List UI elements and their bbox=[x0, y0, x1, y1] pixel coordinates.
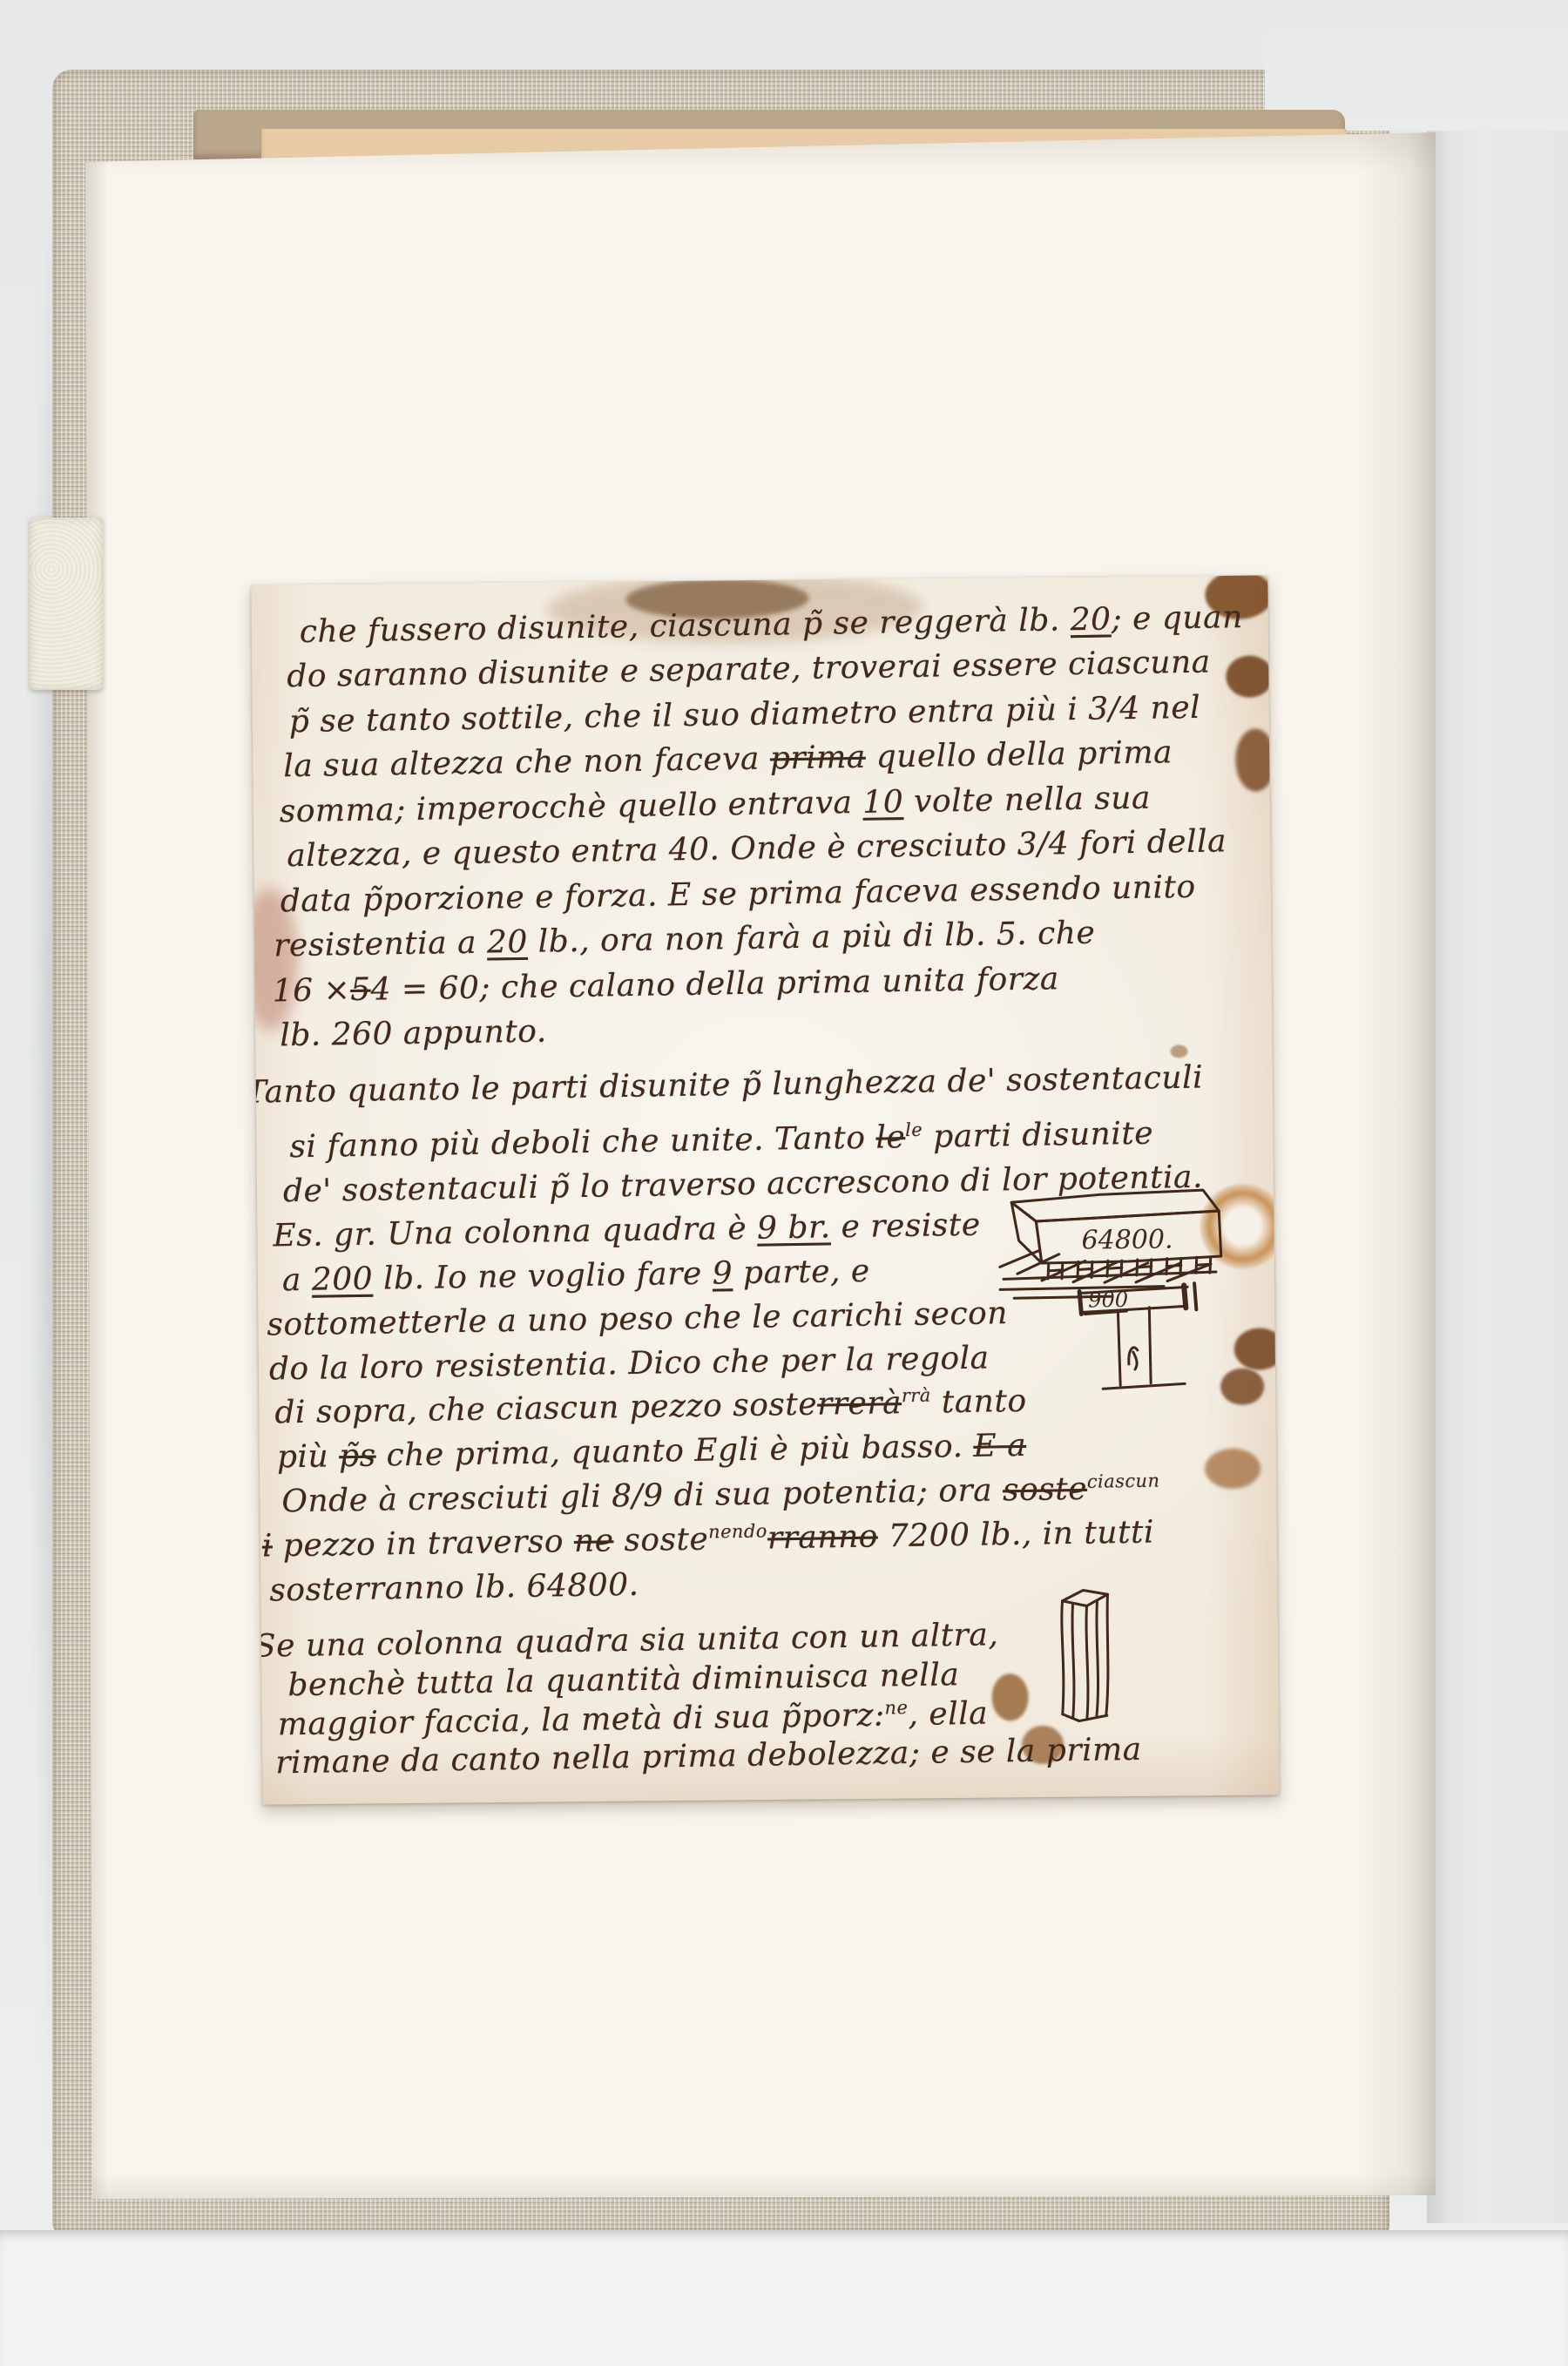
photograph-of-manuscript-book: 64800. 900 bbox=[0, 0, 1568, 2366]
small-fox-spot bbox=[1170, 1044, 1187, 1058]
manuscript-line: p̃ se tanto sottile, che il suo diametro… bbox=[288, 690, 1200, 740]
manuscript-line: somma; imperocchè quello entrava 10 volt… bbox=[279, 781, 1151, 830]
ink-stain bbox=[1226, 655, 1273, 698]
manuscript-line: 16 ×54 = 60; che calano della prima unit… bbox=[272, 961, 1059, 1009]
vellum-spine-tab bbox=[30, 517, 103, 690]
manuscript-line: lb. 260 appunto. bbox=[280, 1014, 547, 1054]
manuscript-line: Onde à cresciuti gli 8/9 di sua potentia… bbox=[281, 1470, 1160, 1520]
manuscript-line: Es. gr. Una colonna quadra è 9 br. e res… bbox=[273, 1207, 981, 1254]
manuscript-line: benchè tutta la quantità diminuisca nell… bbox=[287, 1657, 959, 1703]
table-surface bbox=[0, 2230, 1568, 2366]
manuscript-line: Tanto quanto le parti disunite p̃ lunghe… bbox=[251, 1059, 1203, 1110]
manuscript-line: sosterranno lb. 64800. bbox=[269, 1567, 639, 1609]
manuscript-line: sottometterle a uno peso che le carichi … bbox=[267, 1295, 1008, 1342]
pier-with-slab-sketch: 900 bbox=[1072, 1280, 1204, 1416]
manuscript-line: la sua altezza che non faceva prima quel… bbox=[283, 734, 1173, 784]
manuscript-line: i pezzo in traverso ne sostenendorranno … bbox=[262, 1514, 1155, 1564]
manuscript-line: che fussero disunite, ciascuna p̃ se reg… bbox=[300, 599, 1244, 650]
ink-stain bbox=[1205, 1449, 1260, 1490]
manuscript-line: a 200 lb. Io ne voglio fare 9 parte, e bbox=[282, 1254, 870, 1299]
manuscript-line: si fanno più deboli che unite. Tanto lel… bbox=[289, 1116, 1153, 1166]
joined-columns-sketch bbox=[1051, 1583, 1123, 1732]
manuscript-line: di sopra, che ciascun pezzo sosterreràrr… bbox=[274, 1383, 1027, 1431]
beam-load-label: 64800. bbox=[1081, 1225, 1173, 1256]
ink-stain bbox=[991, 1673, 1029, 1720]
manuscript-line: più p̃s che prima, quanto Egli è più bas… bbox=[277, 1428, 1027, 1476]
manuscript-line: do saranno disunite e separate, troverai… bbox=[287, 645, 1211, 695]
manuscript-line: do la loro resistentia. Dico che per la … bbox=[269, 1340, 990, 1387]
manuscript-line: data p̃porzione e forza. E se prima face… bbox=[280, 869, 1195, 920]
manuscript-line: altezza, e questo entra 40. Onde è cresc… bbox=[287, 823, 1227, 874]
manuscript-line: resistentia a 20 lb., ora non farà a più… bbox=[274, 916, 1096, 964]
pier-load-label: 900 bbox=[1088, 1288, 1128, 1312]
ink-stain bbox=[1220, 1369, 1264, 1405]
facing-page-edge bbox=[1427, 112, 1568, 2223]
ink-stain bbox=[1234, 1328, 1280, 1370]
manuscript-leaf: 64800. 900 bbox=[251, 575, 1279, 1804]
